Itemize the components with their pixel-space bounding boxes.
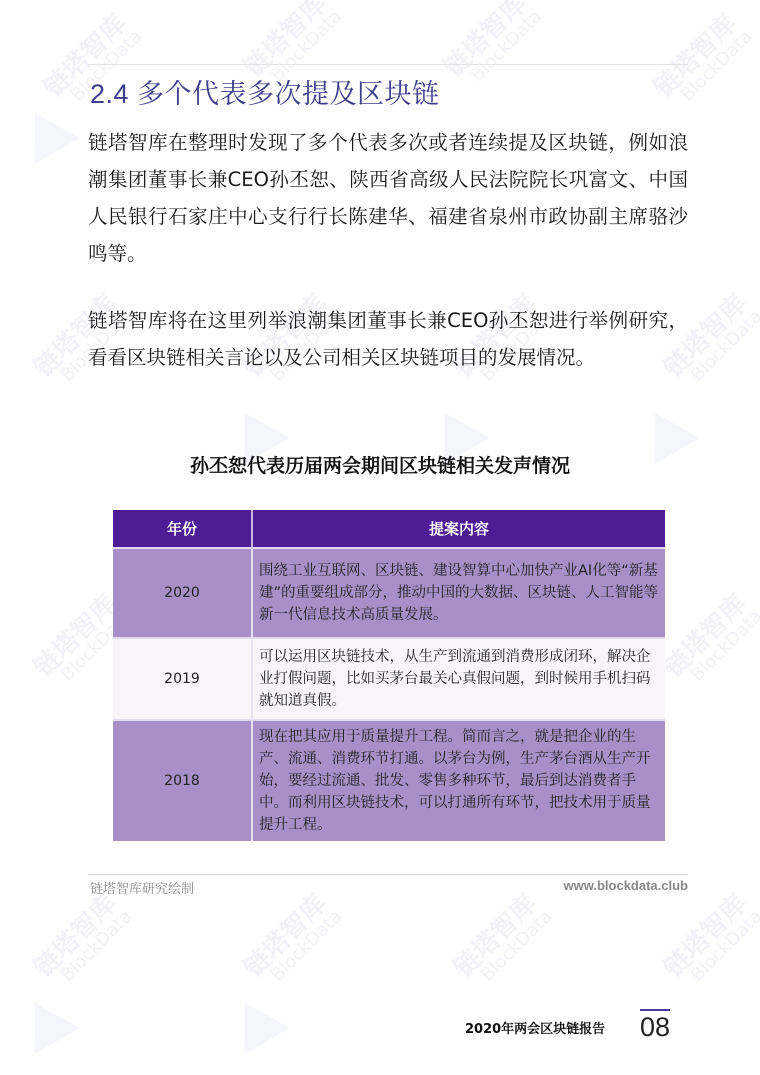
table-row: 2020 围绕工业互联网、区块链、建设智算中心加快产业AI化等“新基建”的重要组… xyxy=(113,548,665,638)
table-row: 2019 可以运用区块链技术，从生产到流通到消费形成闭环，解决企业打假问题，比如… xyxy=(113,638,665,720)
paragraph-intro: 链塔智库在整理时发现了多个代表多次或者连续提及区块链，例如浪潮集团董事长兼CEO… xyxy=(88,124,688,272)
paragraph-case-study: 链塔智库将在这里列举浪潮集团董事长兼CEO孙丕恕进行举例研究，看看区块链相关言论… xyxy=(88,302,688,376)
cell-content: 可以运用区块链技术，从生产到流通到消费形成闭环，解决企业打假问题，比如买茅台最关… xyxy=(252,638,665,720)
watermark-logo-icon xyxy=(12,990,79,1054)
section-title: 2.4 多个代表多次提及区块链 xyxy=(90,72,440,111)
table-header-row: 年份 提案内容 xyxy=(113,510,665,548)
cell-content: 现在把其应用于质量提升工程。简而言之，就是把企业的生产、流通、消费环节打通。以茅… xyxy=(252,720,665,841)
watermark: 链塔智库BlockData xyxy=(650,9,756,115)
watermark-logo-icon xyxy=(12,100,79,164)
cell-year: 2020 xyxy=(113,548,252,638)
watermark: 链塔智库BlockData xyxy=(240,889,346,995)
column-header-year: 年份 xyxy=(113,510,252,548)
table-row: 2018 现在把其应用于质量提升工程。简而言之，就是把企业的生产、流通、消费环节… xyxy=(113,720,665,841)
cell-year: 2019 xyxy=(113,638,252,720)
watermark-logo-icon xyxy=(222,990,289,1054)
column-header-content: 提案内容 xyxy=(252,510,665,548)
cell-year: 2018 xyxy=(113,720,252,841)
watermark: 链塔智库BlockData xyxy=(30,889,136,995)
watermark: 链塔智库BlockData xyxy=(440,0,546,95)
table-title: 孙丕恕代表历届两会期间区块链相关发声情况 xyxy=(0,451,760,478)
proposals-table: 年份 提案内容 2020 围绕工业互联网、区块链、建设智算中心加快产业AI化等“… xyxy=(113,510,665,841)
watermark: 链塔智库BlockData xyxy=(660,589,760,695)
top-divider xyxy=(88,64,688,65)
website-link[interactable]: www.blockdata.club xyxy=(564,878,688,893)
report-name: 2020年两会区块链报告 xyxy=(465,1018,605,1037)
footer-divider xyxy=(88,874,688,875)
watermark: 链塔智库BlockData xyxy=(450,889,556,995)
source-note: 链塔智库研究绘制 xyxy=(90,878,194,897)
page-number: 08 xyxy=(640,1012,670,1043)
cell-content: 围绕工业互联网、区块链、建设智算中心加快产业AI化等“新基建”的重要组成部分，推… xyxy=(252,548,665,638)
watermark: 链塔智库BlockData xyxy=(660,889,760,995)
page-number-accent xyxy=(640,1009,670,1011)
